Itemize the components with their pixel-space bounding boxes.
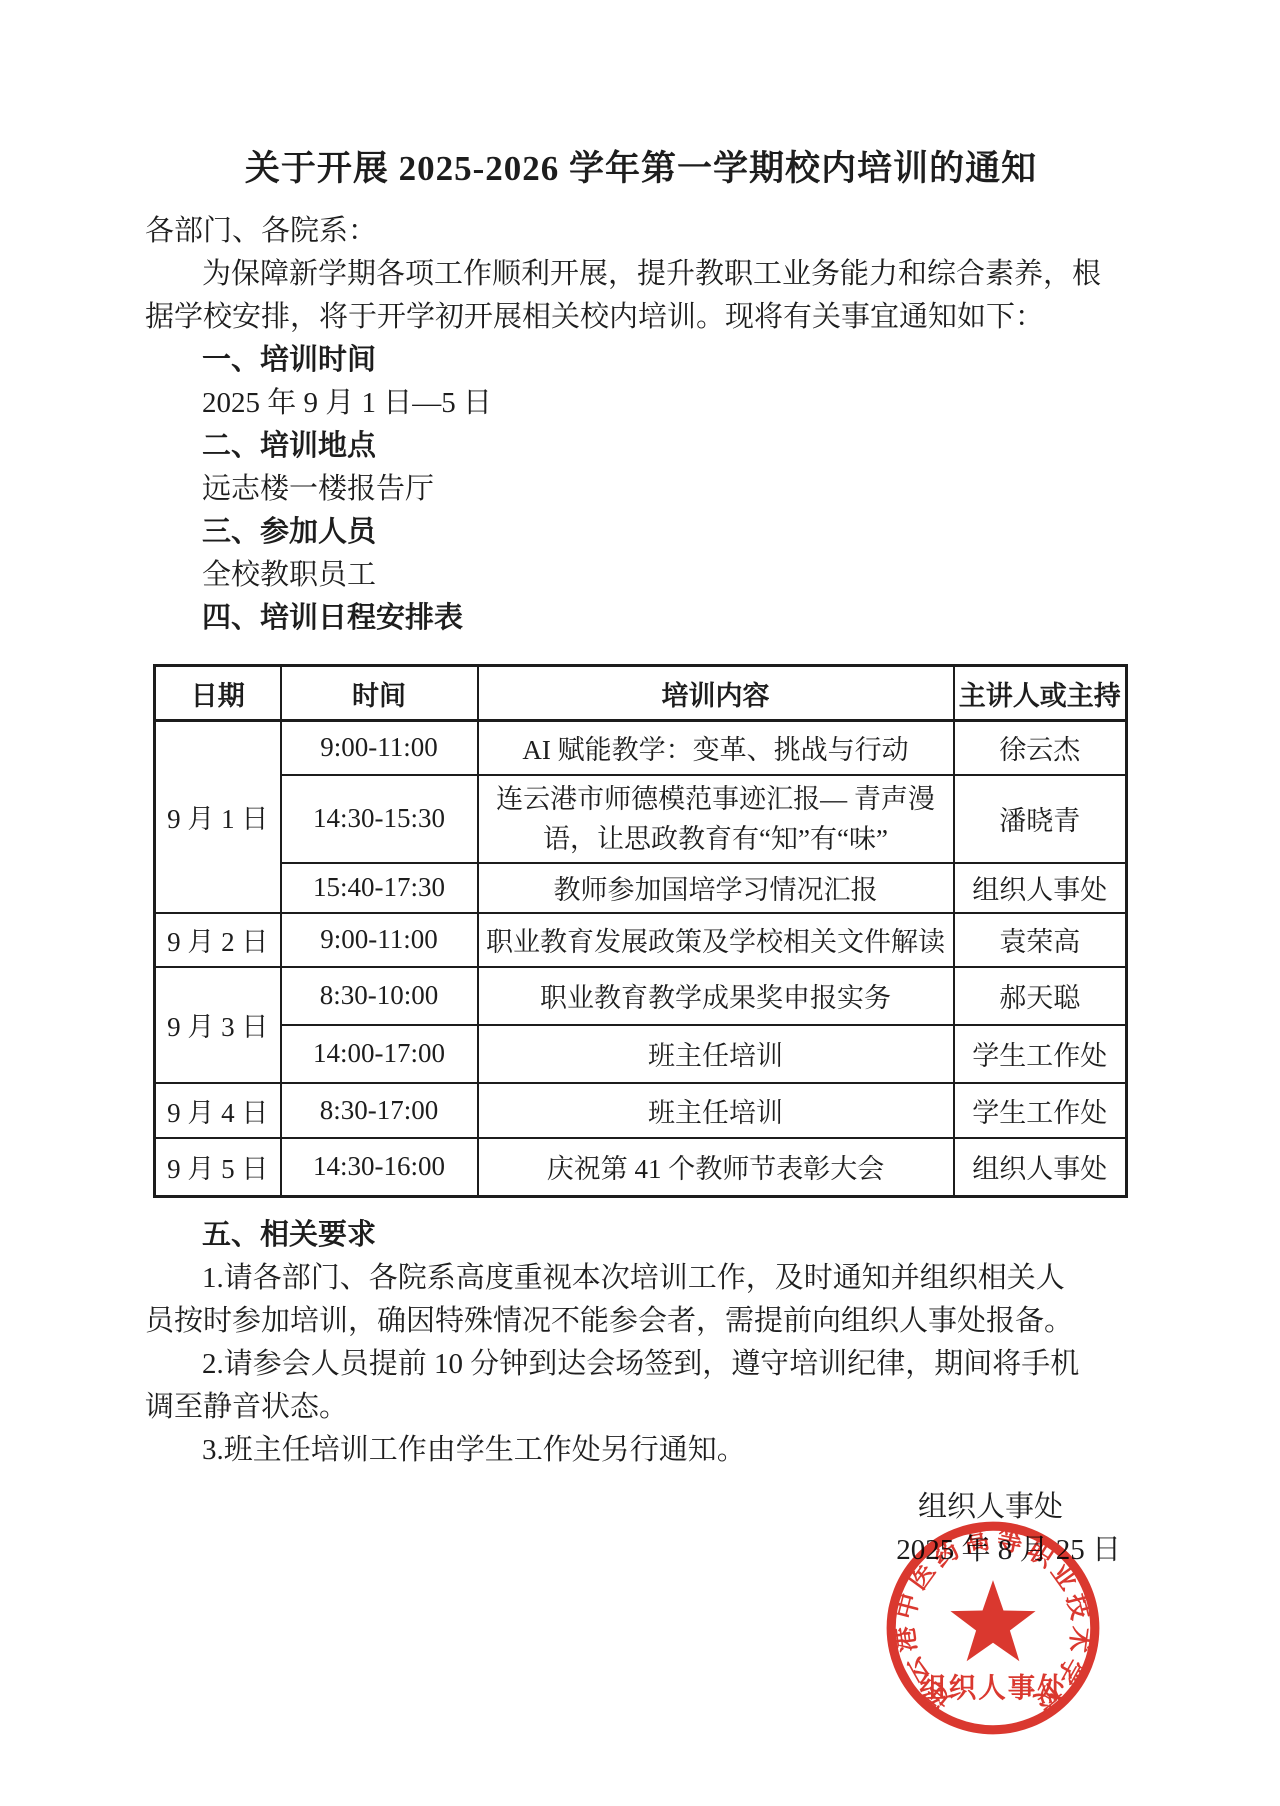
cell-date: 9 月 4 日 bbox=[155, 1083, 281, 1138]
table-row: 9 月 4 日 8:30-17:00 班主任培训 学生工作处 bbox=[155, 1083, 1127, 1138]
table-row: 15:40-17:30 教师参加国培学习情况汇报 组织人事处 bbox=[155, 863, 1127, 913]
section-heading-time: 一、培训时间 bbox=[145, 339, 1137, 382]
stamp-star-icon bbox=[950, 1580, 1035, 1661]
cell-content: 职业教育教学成果奖申报实务 bbox=[478, 967, 954, 1025]
cell-time: 15:40-17:30 bbox=[281, 863, 478, 913]
cell-speaker: 郝天聪 bbox=[954, 967, 1127, 1025]
section-heading-participants: 三、参加人员 bbox=[145, 511, 1137, 554]
cell-speaker: 学生工作处 bbox=[954, 1083, 1127, 1138]
cell-time: 8:30-17:00 bbox=[281, 1083, 478, 1138]
cell-content: 职业教育发展政策及学校相关文件解读 bbox=[478, 913, 954, 967]
requirement-1-line-2: 员按时参加培训，确因特殊情况不能参会者，需提前向组织人事处报备。 bbox=[145, 1300, 1137, 1343]
table-header-content: 培训内容 bbox=[478, 666, 954, 721]
cell-content: 连云港市师德模范事迹汇报— 青声漫 语，让思政教育有“知”有“味” bbox=[478, 775, 954, 863]
table-row: 9 月 1 日 9:00-11:00 AI 赋能教学：变革、挑战与行动 徐云杰 bbox=[155, 721, 1127, 775]
requirement-2-line-1: 2.请参会人员提前 10 分钟到达会场签到，遵守培训纪律，期间将手机 bbox=[145, 1343, 1137, 1386]
cell-speaker: 学生工作处 bbox=[954, 1025, 1127, 1083]
cell-date: 9 月 3 日 bbox=[155, 967, 281, 1083]
cell-date: 9 月 5 日 bbox=[155, 1138, 281, 1197]
section-body-participants: 全校教职员工 bbox=[145, 554, 1137, 597]
table-header-date: 日期 bbox=[155, 666, 281, 721]
table-header-row: 日期 时间 培训内容 主讲人或主持 bbox=[155, 666, 1127, 721]
cell-time: 8:30-10:00 bbox=[281, 967, 478, 1025]
page-title: 关于开展 2025-2026 学年第一学期校内培训的通知 bbox=[145, 140, 1137, 198]
cell-speaker: 徐云杰 bbox=[954, 721, 1127, 775]
intro-line-2: 据学校安排，将于开学初开展相关校内培训。现将有关事宜通知如下： bbox=[145, 296, 1137, 339]
stamp-department: 组织人事处 bbox=[919, 1673, 1067, 1703]
salutation: 各部门、各院系： bbox=[145, 210, 1137, 253]
cell-content: 班主任培训 bbox=[478, 1083, 954, 1138]
intro-line-1: 为保障新学期各项工作顺利开展，提升教职工业务能力和综合素养，根 bbox=[145, 253, 1137, 296]
cell-time: 9:00-11:00 bbox=[281, 721, 478, 775]
section-heading-location: 二、培训地点 bbox=[145, 425, 1137, 468]
table-row: 14:30-15:30 连云港市师德模范事迹汇报— 青声漫 语，让思政教育有“知… bbox=[155, 775, 1127, 863]
section-body-location: 远志楼一楼报告厅 bbox=[145, 468, 1137, 511]
cell-speaker: 组织人事处 bbox=[954, 1138, 1127, 1197]
table-row: 14:00-17:00 班主任培训 学生工作处 bbox=[155, 1025, 1127, 1083]
cell-content: 庆祝第 41 个教师节表彰大会 bbox=[478, 1138, 954, 1197]
section-heading-requirements: 五、相关要求 bbox=[145, 1214, 1137, 1257]
requirement-1-line-1: 1.请各部门、各院系高度重视本次培训工作，及时通知并组织相关人 bbox=[145, 1257, 1137, 1300]
table-row: 9 月 3 日 8:30-10:00 职业教育教学成果奖申报实务 郝天聪 bbox=[155, 967, 1127, 1025]
official-stamp: 连云港中医药高等职业技术学校 组织人事处 bbox=[881, 1516, 1105, 1740]
section-body-time: 2025 年 9 月 1 日—5 日 bbox=[145, 382, 1137, 425]
cell-content: AI 赋能教学：变革、挑战与行动 bbox=[478, 721, 954, 775]
cell-speaker: 袁荣高 bbox=[954, 913, 1127, 967]
requirement-3: 3.班主任培训工作由学生工作处另行通知。 bbox=[145, 1429, 1137, 1472]
table-row: 9 月 5 日 14:30-16:00 庆祝第 41 个教师节表彰大会 组织人事… bbox=[155, 1138, 1127, 1197]
schedule-table: 日期 时间 培训内容 主讲人或主持 9 月 1 日 9:00-11:00 AI … bbox=[153, 664, 1128, 1198]
cell-date: 9 月 2 日 bbox=[155, 913, 281, 967]
cell-time: 14:00-17:00 bbox=[281, 1025, 478, 1083]
cell-time: 9:00-11:00 bbox=[281, 913, 478, 967]
table-row: 9 月 2 日 9:00-11:00 职业教育发展政策及学校相关文件解读 袁荣高 bbox=[155, 913, 1127, 967]
cell-date: 9 月 1 日 bbox=[155, 721, 281, 913]
cell-content: 教师参加国培学习情况汇报 bbox=[478, 863, 954, 913]
document-page: 关于开展 2025-2026 学年第一学期校内培训的通知 各部门、各院系： 为保… bbox=[0, 0, 1280, 1806]
notice-document: 关于开展 2025-2026 学年第一学期校内培训的通知 各部门、各院系： 为保… bbox=[145, 140, 1137, 1572]
cell-speaker: 组织人事处 bbox=[954, 863, 1127, 913]
cell-speaker: 潘晓青 bbox=[954, 775, 1127, 863]
requirement-2-line-2: 调至静音状态。 bbox=[145, 1386, 1137, 1429]
cell-content: 班主任培训 bbox=[478, 1025, 954, 1083]
cell-time: 14:30-15:30 bbox=[281, 775, 478, 863]
section-heading-schedule: 四、培训日程安排表 bbox=[145, 597, 1137, 640]
table-header-speaker: 主讲人或主持 bbox=[954, 666, 1127, 721]
table-header-time: 时间 bbox=[281, 666, 478, 721]
cell-time: 14:30-16:00 bbox=[281, 1138, 478, 1197]
